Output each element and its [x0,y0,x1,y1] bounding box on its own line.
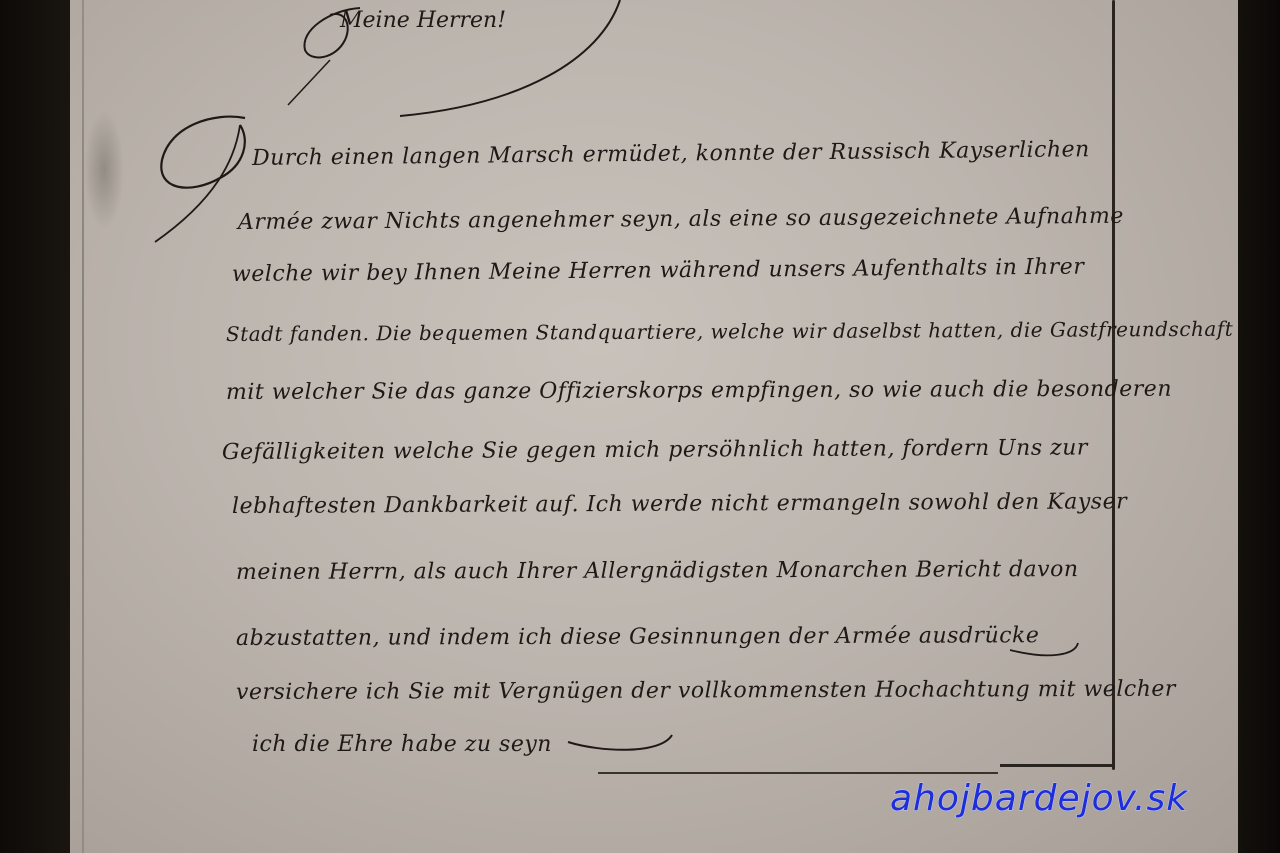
letter-line: abzustatten, und indem ich diese Gesinnu… [236,623,1039,651]
letter-line: ich die Ehre habe zu seyn [252,732,552,757]
letter-line: mit welcher Sie das ganze Offizierskorps… [226,377,1172,405]
letter-salutation: Meine Herren! [340,8,506,33]
letter-line: lebhaftesten Dankbarkeit auf. Ich werde … [232,489,1127,519]
flourish-strokes [0,0,1280,853]
letter-line: versichere ich Sie mit Vergnügen der vol… [236,677,1176,705]
letter-line: Gefälligkeiten welche Sie gegen mich per… [222,435,1088,465]
letter-line: meinen Herrn, als auch Ihrer Allergnädig… [236,557,1079,585]
site-watermark: ahojbardejov.sk [890,778,1188,819]
